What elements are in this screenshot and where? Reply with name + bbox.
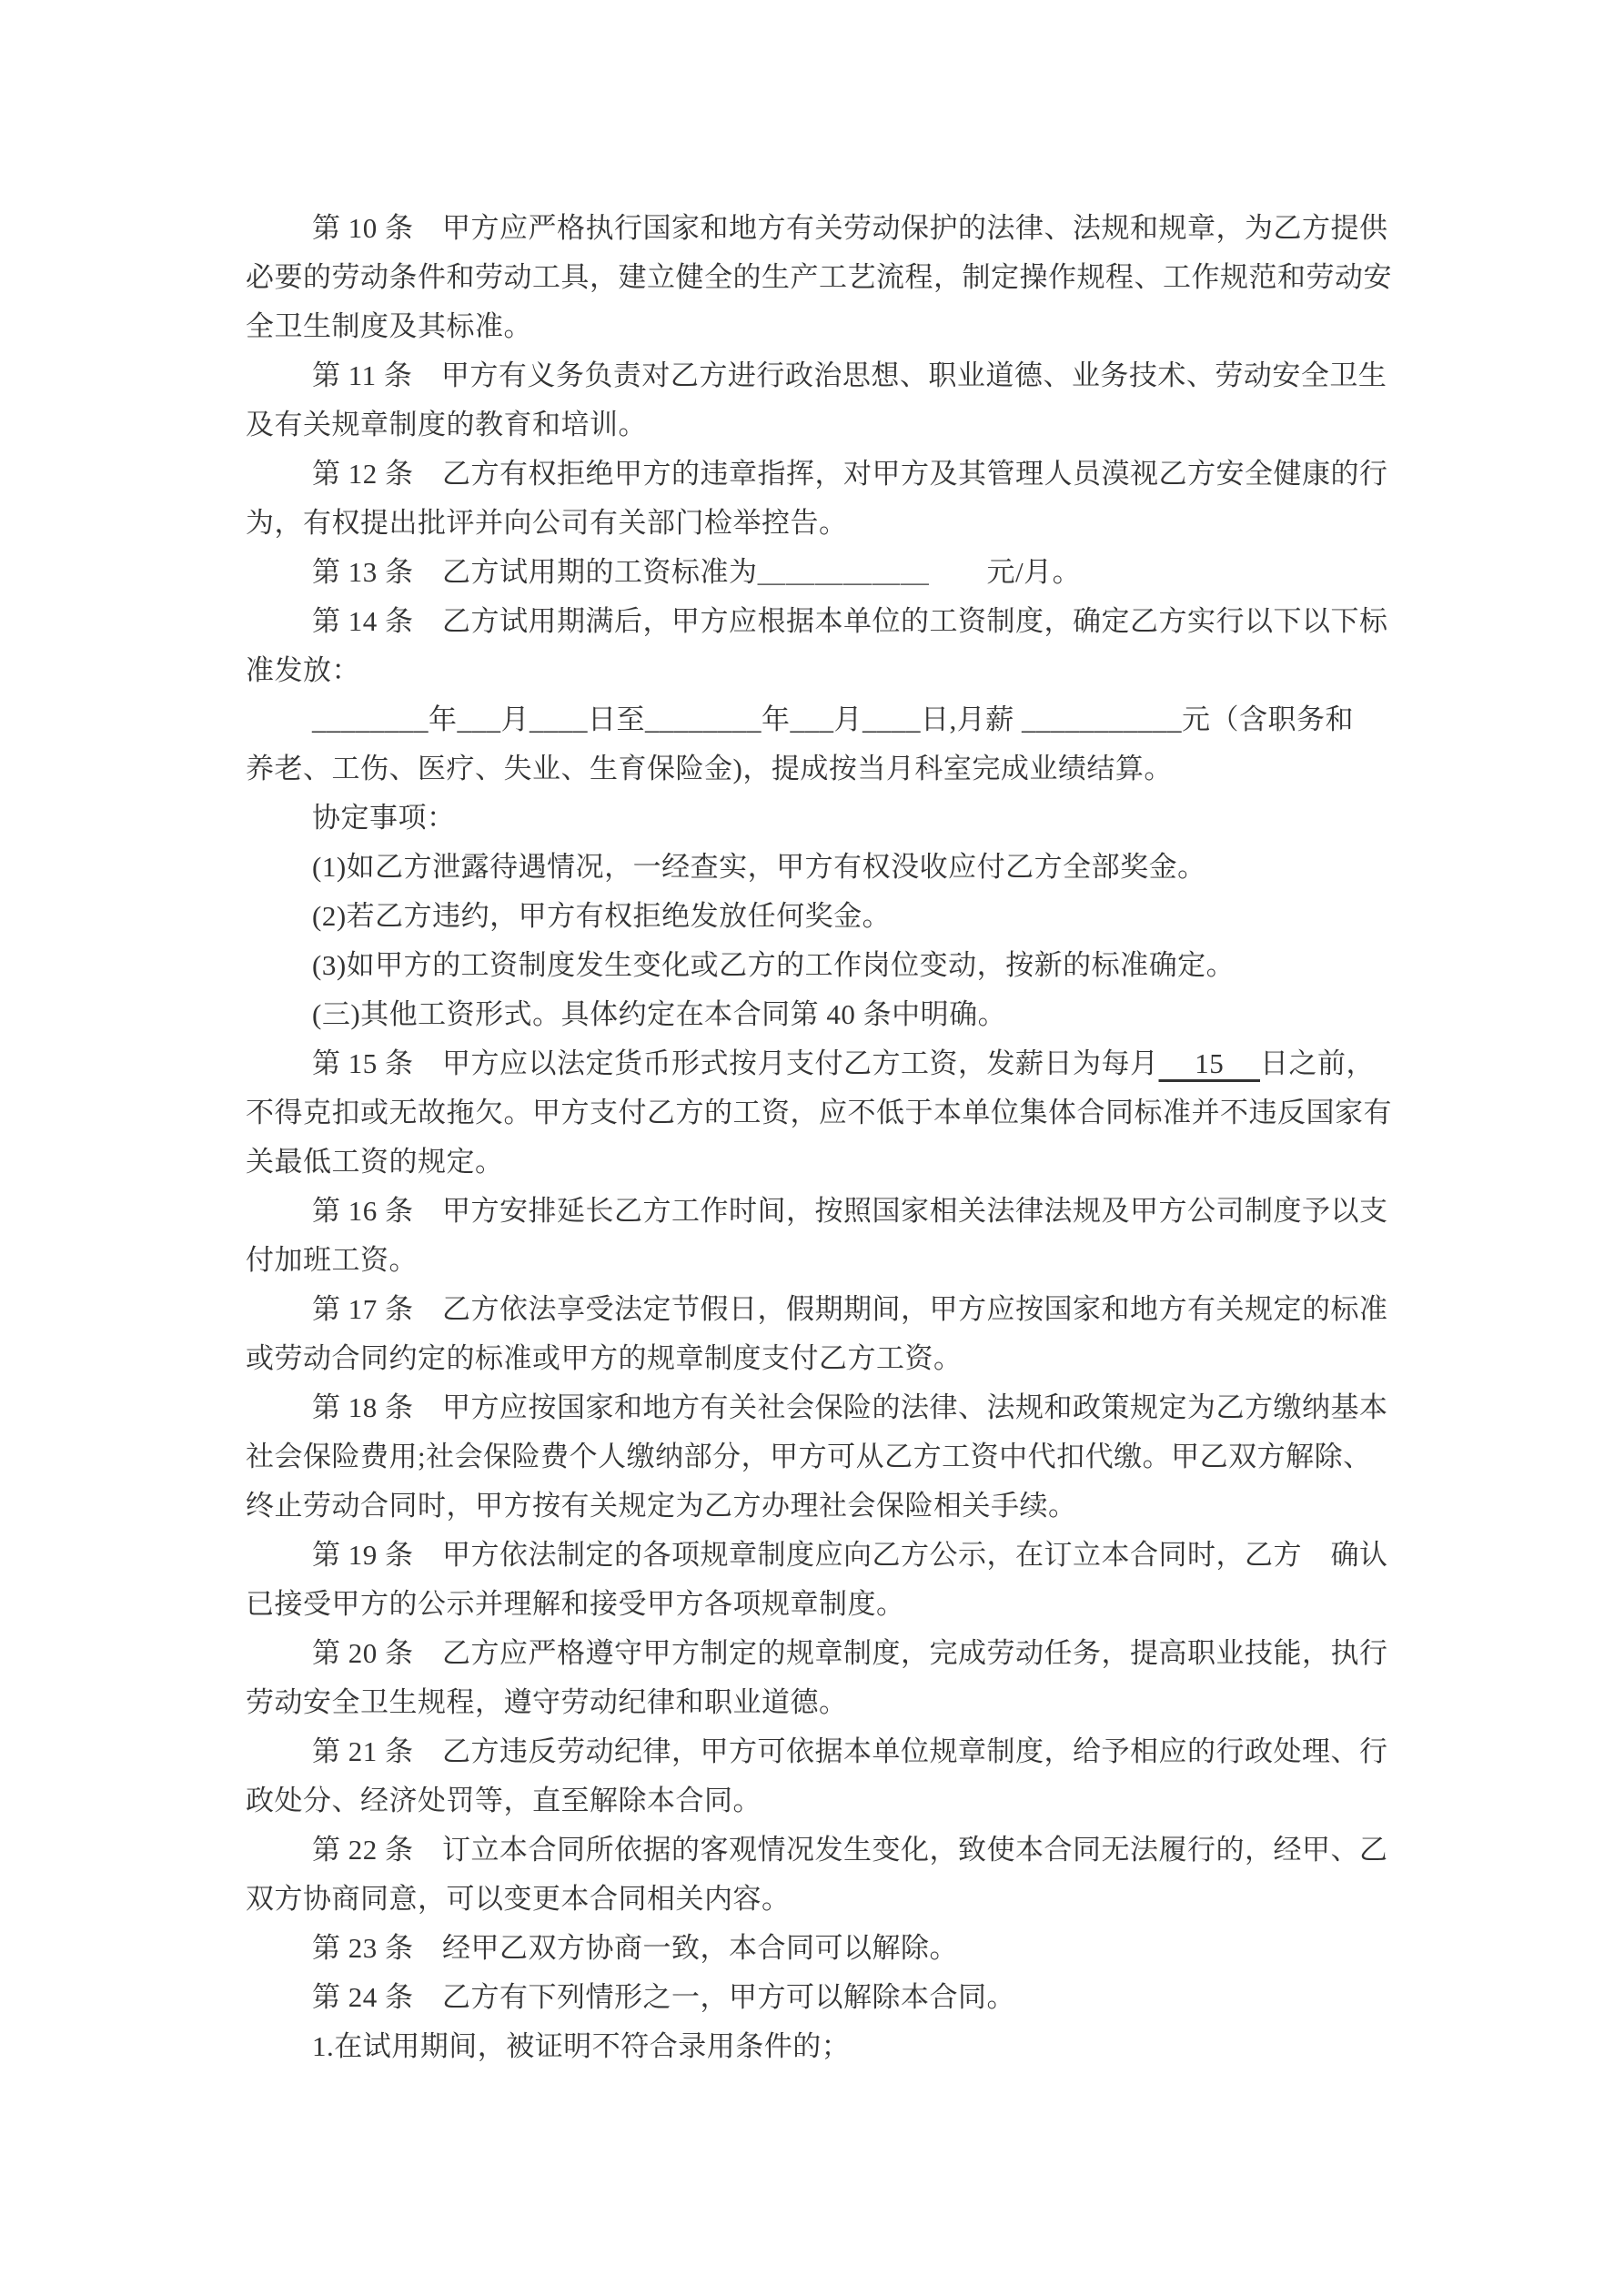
document-line: 第 18 条 甲方应按国家和地方有关社会保险的法律、法规和政策规定为乙方缴纳基本 bbox=[246, 1383, 1392, 1432]
document-line: 第 12 条 乙方有权拒绝甲方的违章指挥，对甲方及其管理人员漠视乙方安全健康的行 bbox=[246, 450, 1392, 499]
document-line: 不得克扣或无故拖欠。甲方支付乙方的工资，应不低于本单位集体合同标准并不违反国家有 bbox=[246, 1088, 1392, 1138]
document-line: 第 23 条 经甲乙双方协商一致，本合同可以解除。 bbox=[246, 1924, 1392, 1973]
document-line: 第 19 条 甲方依法制定的各项规章制度应向乙方公示，在订立本合同时，乙方 确认 bbox=[246, 1531, 1392, 1580]
underlined-fill-in-value: 15 bbox=[1159, 1047, 1261, 1079]
document-line: 关最低工资的规定。 bbox=[246, 1138, 1392, 1187]
document-line: 已接受甲方的公示并理解和接受甲方各项规章制度。 bbox=[246, 1580, 1392, 1629]
document-line: 劳动安全卫生规程，遵守劳动纪律和职业道德。 bbox=[246, 1678, 1392, 1727]
document-line: 第 16 条 甲方安排延长乙方工作时间，按照国家相关法律法规及甲方公司制度予以支 bbox=[246, 1187, 1392, 1236]
document-line: (三)其他工资形式。具体约定在本合同第 40 条中明确。 bbox=[246, 990, 1392, 1039]
document-line: 双方协商同意，可以变更本合同相关内容。 bbox=[246, 1875, 1392, 1924]
document-line: 1.在试用期间，被证明不符合录用条件的； bbox=[246, 2022, 1392, 2071]
document-line: 准发放： bbox=[246, 646, 1392, 695]
document-line: 第 21 条 乙方违反劳动纪律，甲方可依据本单位规章制度，给予相应的行政处理、行 bbox=[246, 1727, 1392, 1776]
document-line: 协定事项： bbox=[246, 794, 1392, 843]
document-line: 第 15 条 甲方应以法定货币形式按月支付乙方工资，发薪日为每月 15 日之前， bbox=[246, 1039, 1392, 1088]
document-line: 政处分、经济处罚等，直至解除本合同。 bbox=[246, 1776, 1392, 1826]
document-line: 全卫生制度及其标准。 bbox=[246, 302, 1392, 351]
document-line: 必要的劳动条件和劳动工具，建立健全的生产工艺流程，制定操作规程、工作规范和劳动安 bbox=[246, 253, 1392, 302]
document-line: 养老、工伤、医疗、失业、生育保险金)，提成按当月科室完成业绩结算。 bbox=[246, 744, 1392, 794]
document-line: 第 17 条 乙方依法享受法定节假日，假期期间，甲方应按国家和地方有关规定的标准 bbox=[246, 1285, 1392, 1334]
contract-page: 第 10 条 甲方应严格执行国家和地方有关劳动保护的法律、法规和规章，为乙方提供… bbox=[0, 0, 1624, 2296]
document-line: 或劳动合同约定的标准或甲方的规章制度支付乙方工资。 bbox=[246, 1334, 1392, 1383]
document-line: 第 14 条 乙方试用期满后，甲方应根据本单位的工资制度，确定乙方实行以下以下标 bbox=[246, 597, 1392, 646]
document-line: 终止劳动合同时，甲方按有关规定为乙方办理社会保险相关手续。 bbox=[246, 1482, 1392, 1531]
document-line: 第 24 条 乙方有下列情形之一，甲方可以解除本合同。 bbox=[246, 1973, 1392, 2022]
document-line: 付加班工资。 bbox=[246, 1236, 1392, 1285]
document-line: (3)如甲方的工资制度发生变化或乙方的工作岗位变动，按新的标准确定。 bbox=[246, 941, 1392, 990]
document-line: 社会保险费用;社会保险费个人缴纳部分，甲方可从乙方工资中代扣代缴。甲乙双方解除、 bbox=[246, 1432, 1392, 1482]
document-line: 第 11 条 甲方有义务负责对乙方进行政治思想、职业道德、业务技术、劳动安全卫生 bbox=[246, 351, 1392, 400]
document-line: (2)若乙方违约，甲方有权拒绝发放任何奖金。 bbox=[246, 892, 1392, 941]
document-line: ________年___月____日至________年___月____日,月薪… bbox=[246, 695, 1392, 744]
document-body: 第 10 条 甲方应严格执行国家和地方有关劳动保护的法律、法规和规章，为乙方提供… bbox=[246, 204, 1392, 2071]
document-line: 及有关规章制度的教育和培训。 bbox=[246, 400, 1392, 450]
document-line: 第 22 条 订立本合同所依据的客观情况发生变化，致使本合同无法履行的，经甲、乙 bbox=[246, 1826, 1392, 1875]
document-line: (1)如乙方泄露待遇情况，一经查实，甲方有权没收应付乙方全部奖金。 bbox=[246, 843, 1392, 892]
document-line: 第 20 条 乙方应严格遵守甲方制定的规章制度，完成劳动任务，提高职业技能，执行 bbox=[246, 1629, 1392, 1678]
document-line: 为，有权提出批评并向公司有关部门检举控告。 bbox=[246, 499, 1392, 548]
document-line: 第 10 条 甲方应严格执行国家和地方有关劳动保护的法律、法规和规章，为乙方提供 bbox=[246, 204, 1392, 253]
document-line: 第 13 条 乙方试用期的工资标准为＿＿＿＿＿＿ 元/月。 bbox=[246, 548, 1392, 597]
